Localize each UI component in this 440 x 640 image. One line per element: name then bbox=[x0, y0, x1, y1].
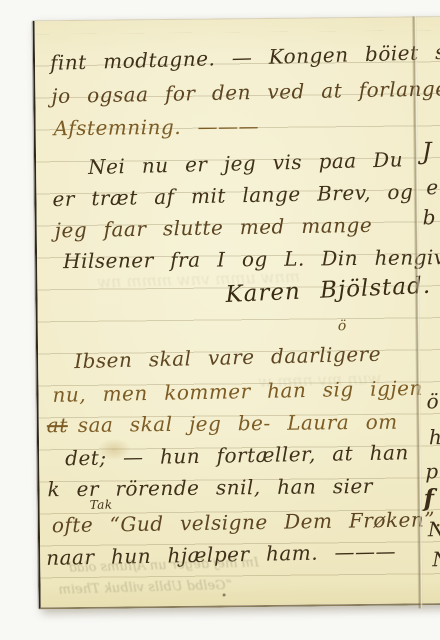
letter-line: Ibsen skal vare daarligere bbox=[74, 342, 381, 373]
inserted-word-tak: Tak bbox=[90, 498, 113, 512]
adjacent-page-fragment: N, bbox=[428, 517, 440, 541]
letter-line: fint modtagne. — Kongen böiet sig bbox=[50, 39, 440, 75]
adjacent-page-fragment: p bbox=[425, 459, 438, 483]
ink-bleedthrough: “Gelbd Ublls vilbuk Theim bbox=[58, 578, 232, 598]
separator-squiggle: ö bbox=[338, 318, 347, 334]
adjacent-page-fragment: e bbox=[426, 175, 438, 199]
paper-stain bbox=[223, 593, 226, 596]
letter-line: Afstemning. ——— bbox=[54, 114, 260, 140]
letter-line: atsaa skal jeg be- Laura om bbox=[47, 410, 398, 438]
letter-line: er træt af mit lange Brev, og bbox=[52, 180, 413, 212]
letter-line: jo ogsaa for den ved at forlange bbox=[51, 76, 440, 108]
letter-line: jeg faar slutte med mange bbox=[55, 213, 373, 243]
letter-line-text: saa skal jeg be- Laura om bbox=[78, 410, 398, 437]
letter-line: ofte “Gud velsigne Dem Frøken”. bbox=[52, 507, 440, 537]
letter-sheet: fint modtagne. — Kongen böiet sig jo ogs… bbox=[33, 16, 440, 609]
letter-line: Nei nu er jeg vis paa Du bbox=[88, 147, 404, 179]
adjacent-page-fragment: f bbox=[423, 483, 434, 512]
adjacent-page-fragment: ö bbox=[426, 389, 438, 413]
adjacent-page-fragment: J bbox=[422, 137, 432, 165]
adjacent-page-fragment: N bbox=[432, 547, 440, 571]
adjacent-page-fragment: h bbox=[429, 425, 440, 449]
letter-photograph: fint modtagne. — Kongen böiet sig jo ogs… bbox=[0, 0, 440, 640]
ink-bleedthrough: wun mv nnm w bbox=[258, 369, 382, 391]
adjacent-page-fragment: b bbox=[423, 205, 436, 229]
struck-word: at bbox=[47, 413, 68, 437]
